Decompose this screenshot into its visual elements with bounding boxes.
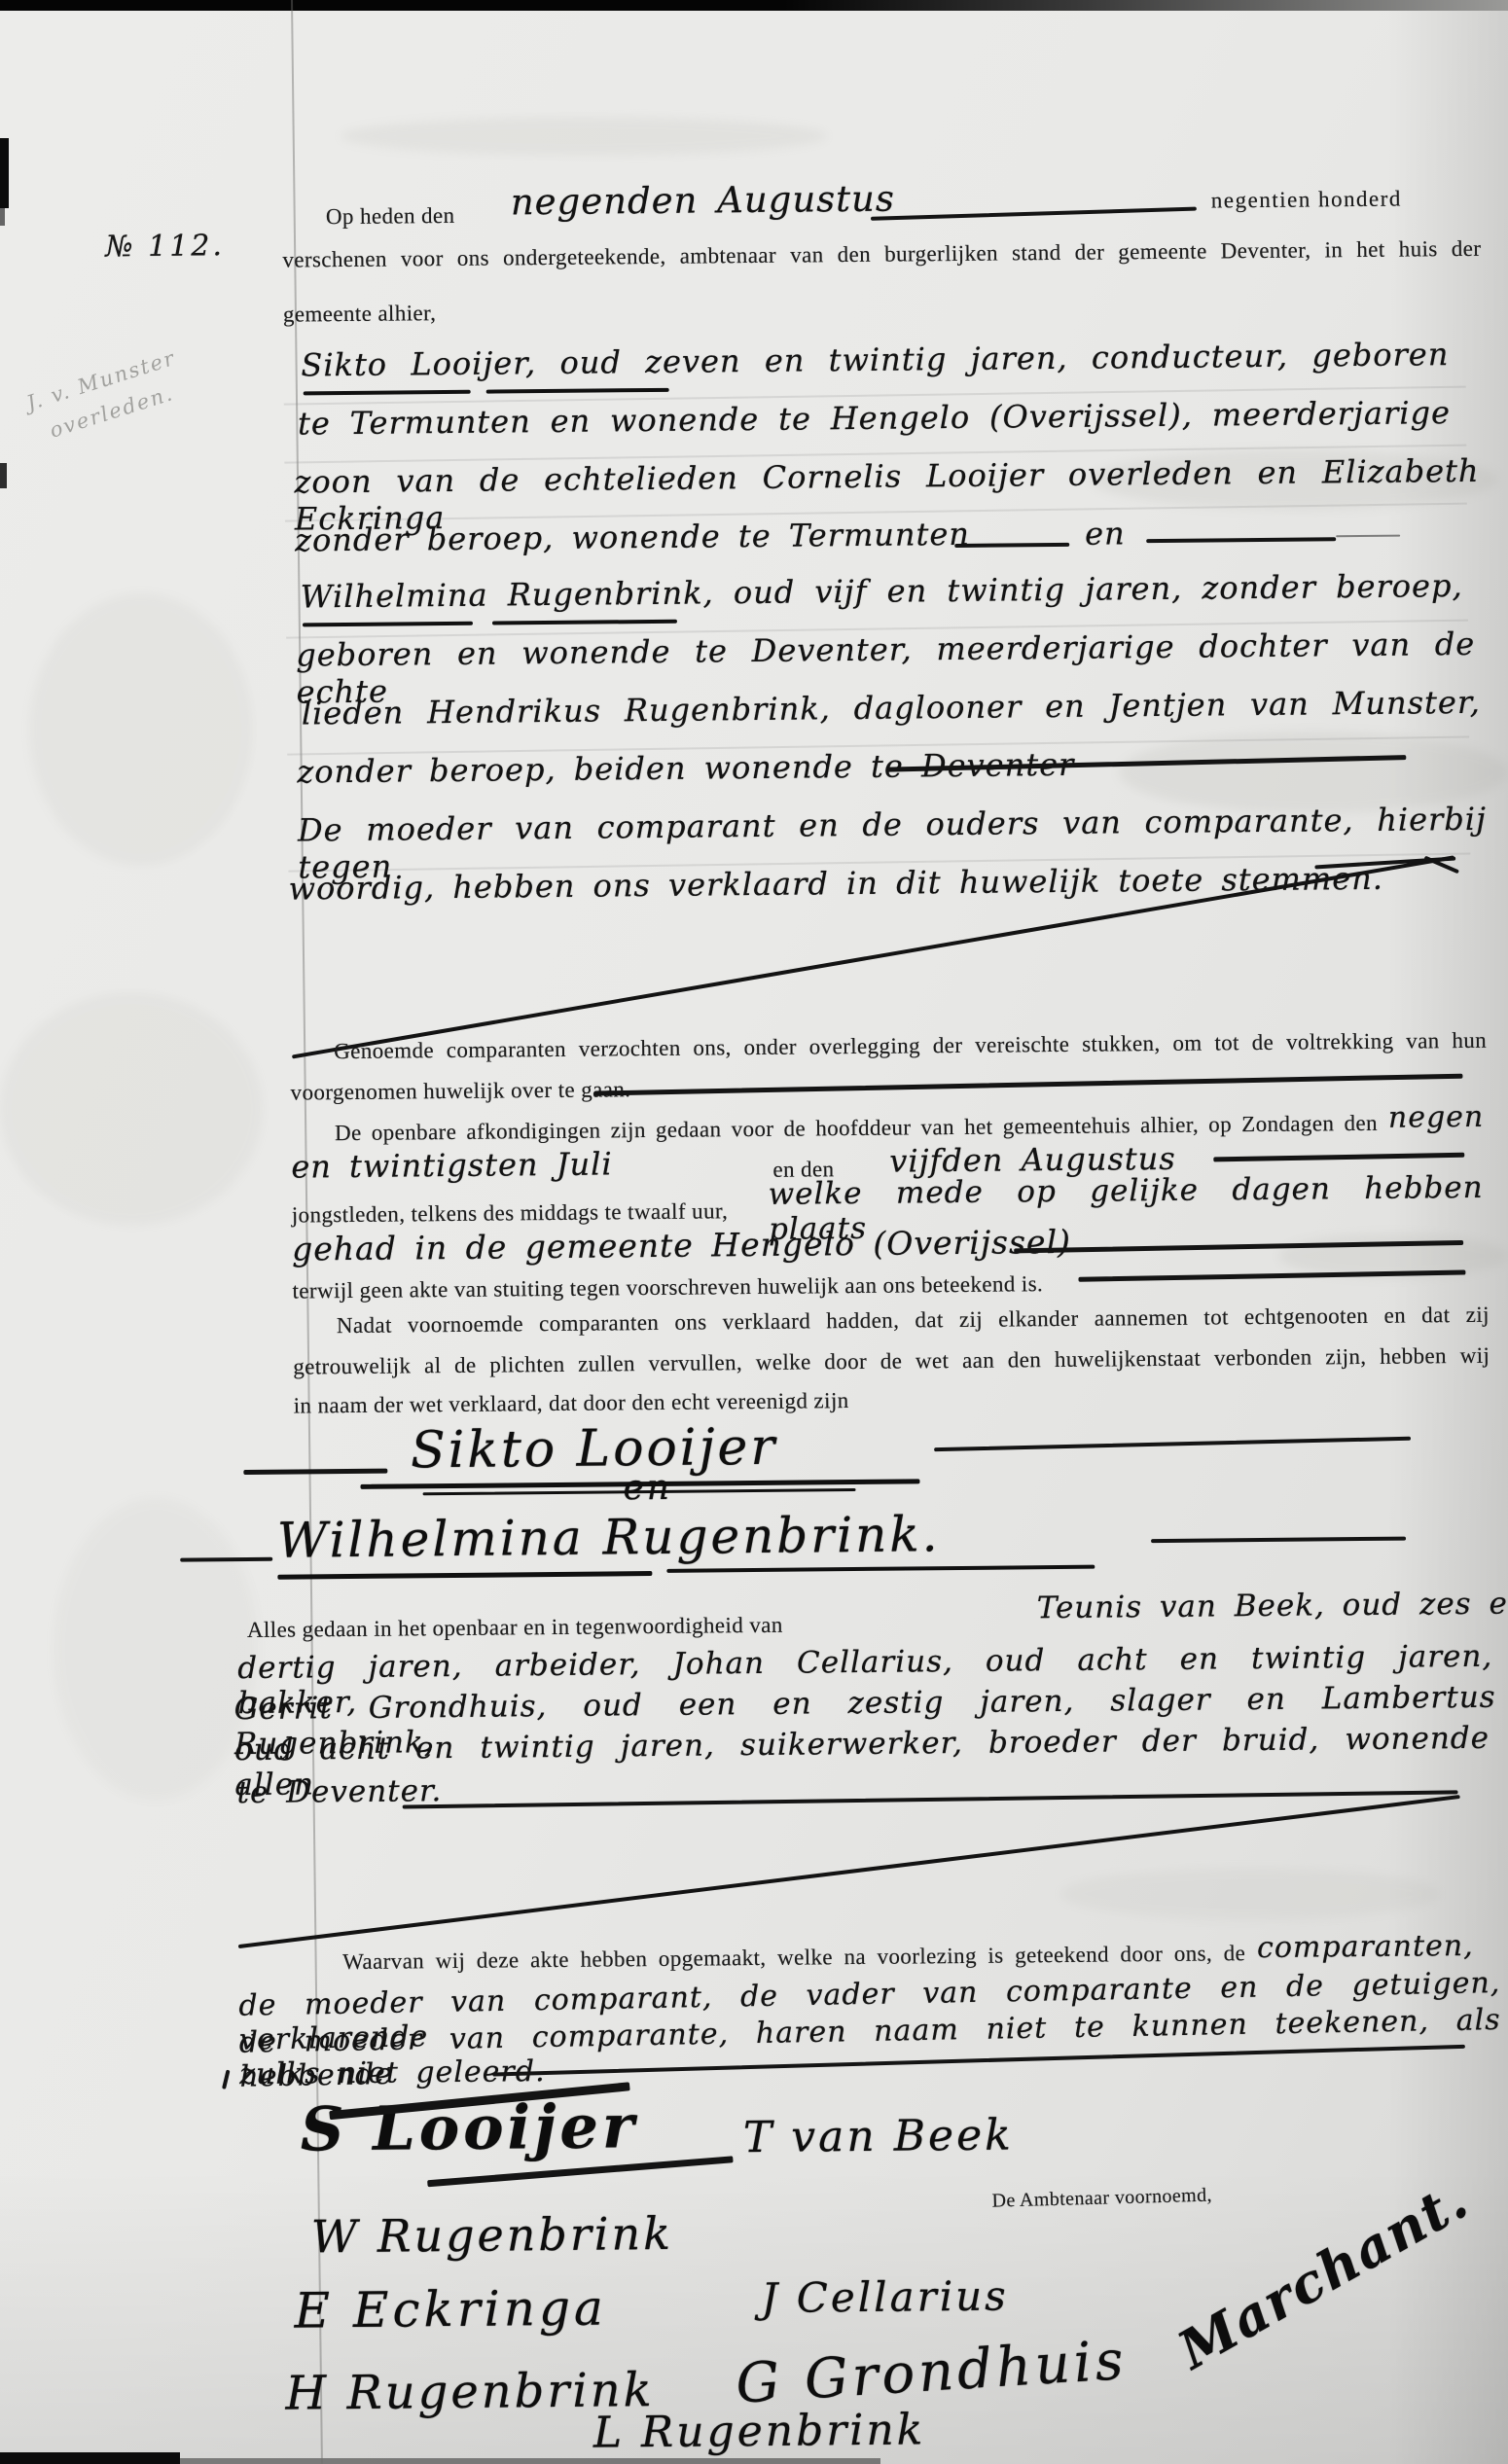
signature-witness-grondhuis: G Grondhuis <box>735 2329 1130 2416</box>
filler-rule <box>871 207 1197 221</box>
hw-union-groom-name: Sikto Looijer <box>411 1418 778 1481</box>
printed-voorgenomen: voorgenomen huwelijk over te gaan. <box>290 1077 630 1105</box>
filler-rule <box>594 1074 1463 1096</box>
margin-pencil-note: J. v. Munster overleden. <box>22 342 190 451</box>
name-underline <box>304 390 471 396</box>
hw-date: negenden Augustus <box>511 178 895 224</box>
filler-rule <box>243 1469 387 1475</box>
printed-negentien-honderd: negentien honderd <box>1211 187 1402 214</box>
signature-witness-cellarius: J Cellarius <box>761 2272 1009 2322</box>
printed-genoemde: Genoemde comparanten verzochten ons, ond… <box>334 1028 1487 1064</box>
name-underline <box>486 388 669 394</box>
act-number: № 112. <box>105 229 225 264</box>
signature-mother-groom: E Eckringa <box>294 2280 607 2339</box>
printed-jongstleden: jongstleden, telkens des middags te twaa… <box>292 1198 729 1228</box>
hw-groom-line4: zonder beroep, wonende te Termunten <box>295 516 970 559</box>
name-underline <box>666 1565 1095 1573</box>
signature-official: Marchant. <box>1167 2168 1479 2381</box>
filler-rule <box>954 543 1069 548</box>
name-underline <box>277 1571 652 1580</box>
hw-groom-line1: Sikto Looijer, oud zeven en twintig jare… <box>301 336 1449 383</box>
hw-conjunction-en: en <box>1085 515 1126 552</box>
filler-rule <box>180 1557 272 1562</box>
signature-witness-beek: T van Beek <box>743 2110 1014 2162</box>
filler-rule <box>1213 1153 1464 1162</box>
filler-rule <box>1336 535 1400 538</box>
printed-terwijl: terwijl geen akte van stuiting tegen voo… <box>292 1271 1043 1303</box>
printed-openbare: De openbare afkondigingen zijn gedaan vo… <box>335 1111 1378 1146</box>
name-underline <box>492 620 677 625</box>
printed-in-naam: in naam der wet verklaard, dat door den … <box>294 1388 849 1418</box>
filler-rule <box>1078 1270 1465 1282</box>
printed-alles-gedaan: Alles gedaan in het openbaar en in tegen… <box>247 1613 783 1643</box>
printed-verschenen: verschenen voor ons ondergeteekende, amb… <box>282 236 1481 273</box>
printed-op-heden: Op heden den <box>326 203 455 230</box>
hw-juli: en twintigsten Juli <box>291 1145 613 1185</box>
hw-witness-line1: Teunis van Beek, oud zes en <box>1037 1586 1508 1625</box>
filler-rule <box>1146 537 1336 543</box>
void-stroke <box>238 1795 1460 1948</box>
printed-getrouwelijk: getrouwelijk al de plichten zullen vervu… <box>293 1343 1490 1380</box>
hw-bride-line1: Wilhelmina Rugenbrink, oud vijf en twint… <box>301 567 1463 615</box>
pen-mark <box>222 2070 231 2089</box>
signature-bride: W Rugenbrink <box>311 2207 674 2264</box>
hw-negen: negen <box>1388 1100 1485 1135</box>
hw-gehad: gehad in de gemeente Hengelo (Overijssel… <box>292 1223 1071 1268</box>
filler-rule <box>934 1437 1411 1452</box>
printed-waarvan: Waarvan wij deze akte hebben opgemaakt, … <box>342 1941 1245 1975</box>
signature-witness-rugenbrink: L Rugenbrink <box>593 2405 926 2457</box>
marriage-record-scan: № 112. J. v. Munster overleden. Op heden… <box>0 0 1508 2464</box>
printed-nadat: Nadat voornoemde comparanten ons verklaa… <box>337 1303 1490 1339</box>
hw-closing-line1: comparanten, <box>1257 1929 1474 1965</box>
filler-rule <box>1151 1537 1406 1544</box>
printed-gemeente-alhier: gemeente alhier, <box>283 301 437 328</box>
hw-union-bride-name: Wilhelmina Rugenbrink. <box>277 1506 941 1569</box>
hw-union-en: en <box>623 1468 672 1508</box>
name-underline <box>303 622 473 627</box>
printed-ambtenaar-label: De Ambtenaar voornoemd, <box>991 2185 1212 2213</box>
